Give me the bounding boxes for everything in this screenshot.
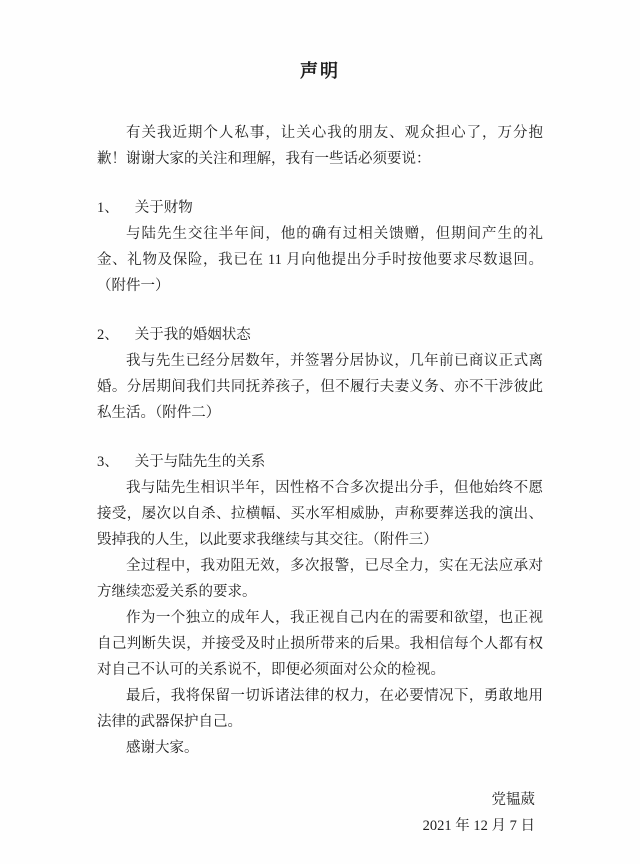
statement-document: 声明 有关我近期个人私事，让关心我的朋友、观众担心了，万分抱歉！谢谢大家的关注和… — [0, 0, 640, 864]
section-marriage-paragraph: 我与先生已经分居数年，并签署分居协议，几年前已商议正式离婚。分居期间我们共同抚养… — [97, 348, 543, 426]
section-relationship-heading: 3、关于与陆先生的关系 — [97, 449, 543, 475]
section-marriage-number: 2、 — [97, 322, 119, 348]
signature-name: 党韫葳 — [97, 787, 535, 813]
section-relationship-number: 3、 — [97, 449, 119, 475]
section-finances-heading: 1、关于财物 — [97, 195, 543, 221]
section-finances: 1、关于财物 与陆先生交往半年间，他的确有过相关馈赠，但期间产生的礼金、礼物及保… — [97, 195, 543, 299]
signature-date: 2021 年 12 月 7 日 — [97, 813, 535, 839]
section-relationship-paragraph-1: 我与陆先生相识半年，因性格不合多次提出分手，但他始终不愿接受，屡次以自杀、拉横幅… — [97, 475, 543, 553]
thanks-line: 感谢大家。 — [97, 735, 543, 761]
section-relationship: 3、关于与陆先生的关系 我与陆先生相识半年，因性格不合多次提出分手，但他始终不愿… — [97, 449, 543, 605]
section-marriage-title: 关于我的婚姻状态 — [135, 327, 251, 343]
closing-paragraph-1: 作为一个独立的成年人，我正视自己内在的需要和欲望，也正视自己判断失误，并接受及时… — [97, 605, 543, 683]
section-relationship-title: 关于与陆先生的关系 — [135, 454, 266, 470]
section-marriage-status: 2、关于我的婚姻状态 我与先生已经分居数年，并签署分居协议，几年前已商议正式离婚… — [97, 322, 543, 426]
section-finances-title: 关于财物 — [135, 200, 193, 216]
section-finances-number: 1、 — [97, 195, 119, 221]
closing-paragraph-2: 最后，我将保留一切诉诸法律的权力，在必要情况下，勇敢地用法律的武器保护自己。 — [97, 683, 543, 735]
section-finances-paragraph: 与陆先生交往半年间，他的确有过相关馈赠，但期间产生的礼金、礼物及保险，我已在 1… — [97, 221, 543, 299]
intro-paragraph: 有关我近期个人私事，让关心我的朋友、观众担心了，万分抱歉！谢谢大家的关注和理解，… — [97, 120, 543, 172]
document-title: 声明 — [97, 56, 543, 86]
section-relationship-paragraph-2: 全过程中，我劝阻无效，多次报警，已尽全力，实在无法应承对方继续恋爱关系的要求。 — [97, 553, 543, 605]
signature-block: 党韫葳 2021 年 12 月 7 日 — [97, 787, 543, 839]
section-marriage-heading: 2、关于我的婚姻状态 — [97, 322, 543, 348]
